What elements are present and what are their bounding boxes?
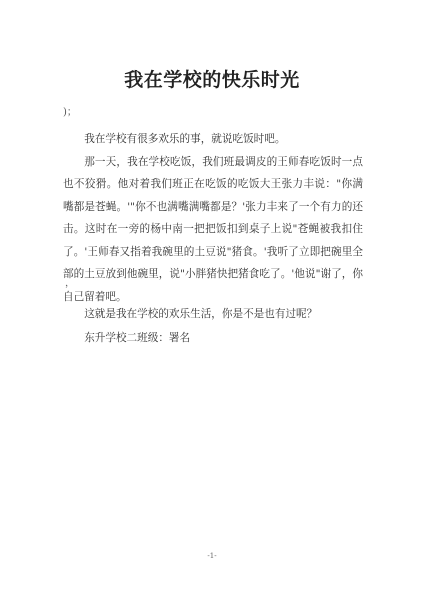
signature-line: 东升学校二班级：署名 xyxy=(63,326,363,350)
paragraph-story: 那一天，我在学校吃饭，我们班最调皮的王师春吃饭时一点也不狡猾。他对着我们班正在吃… xyxy=(63,151,363,309)
page-number: -1- xyxy=(0,552,424,560)
paragraph-conclusion: 这就是我在学校的欢乐生活，你是不是也有过呢？ xyxy=(63,302,363,326)
document-closing: 这就是我在学校的欢乐生活，你是不是也有过呢？ 东升学校二班级：署名 xyxy=(63,302,363,350)
document-page: 我在学校的快乐时光 )； 我在学校有很多欢乐的事，就说吃饭时吧。 那一天，我在学… xyxy=(0,0,424,600)
stray-text: )； xyxy=(63,103,77,118)
document-title: 我在学校的快乐时光 xyxy=(0,65,424,92)
paragraph-intro: 我在学校有很多欢乐的事，就说吃饭时吧。 xyxy=(63,128,363,151)
stray-comma: ， xyxy=(65,274,75,289)
document-body: 我在学校有很多欢乐的事，就说吃饭时吧。 那一天，我在学校吃饭，我们班最调皮的王师… xyxy=(63,128,363,308)
